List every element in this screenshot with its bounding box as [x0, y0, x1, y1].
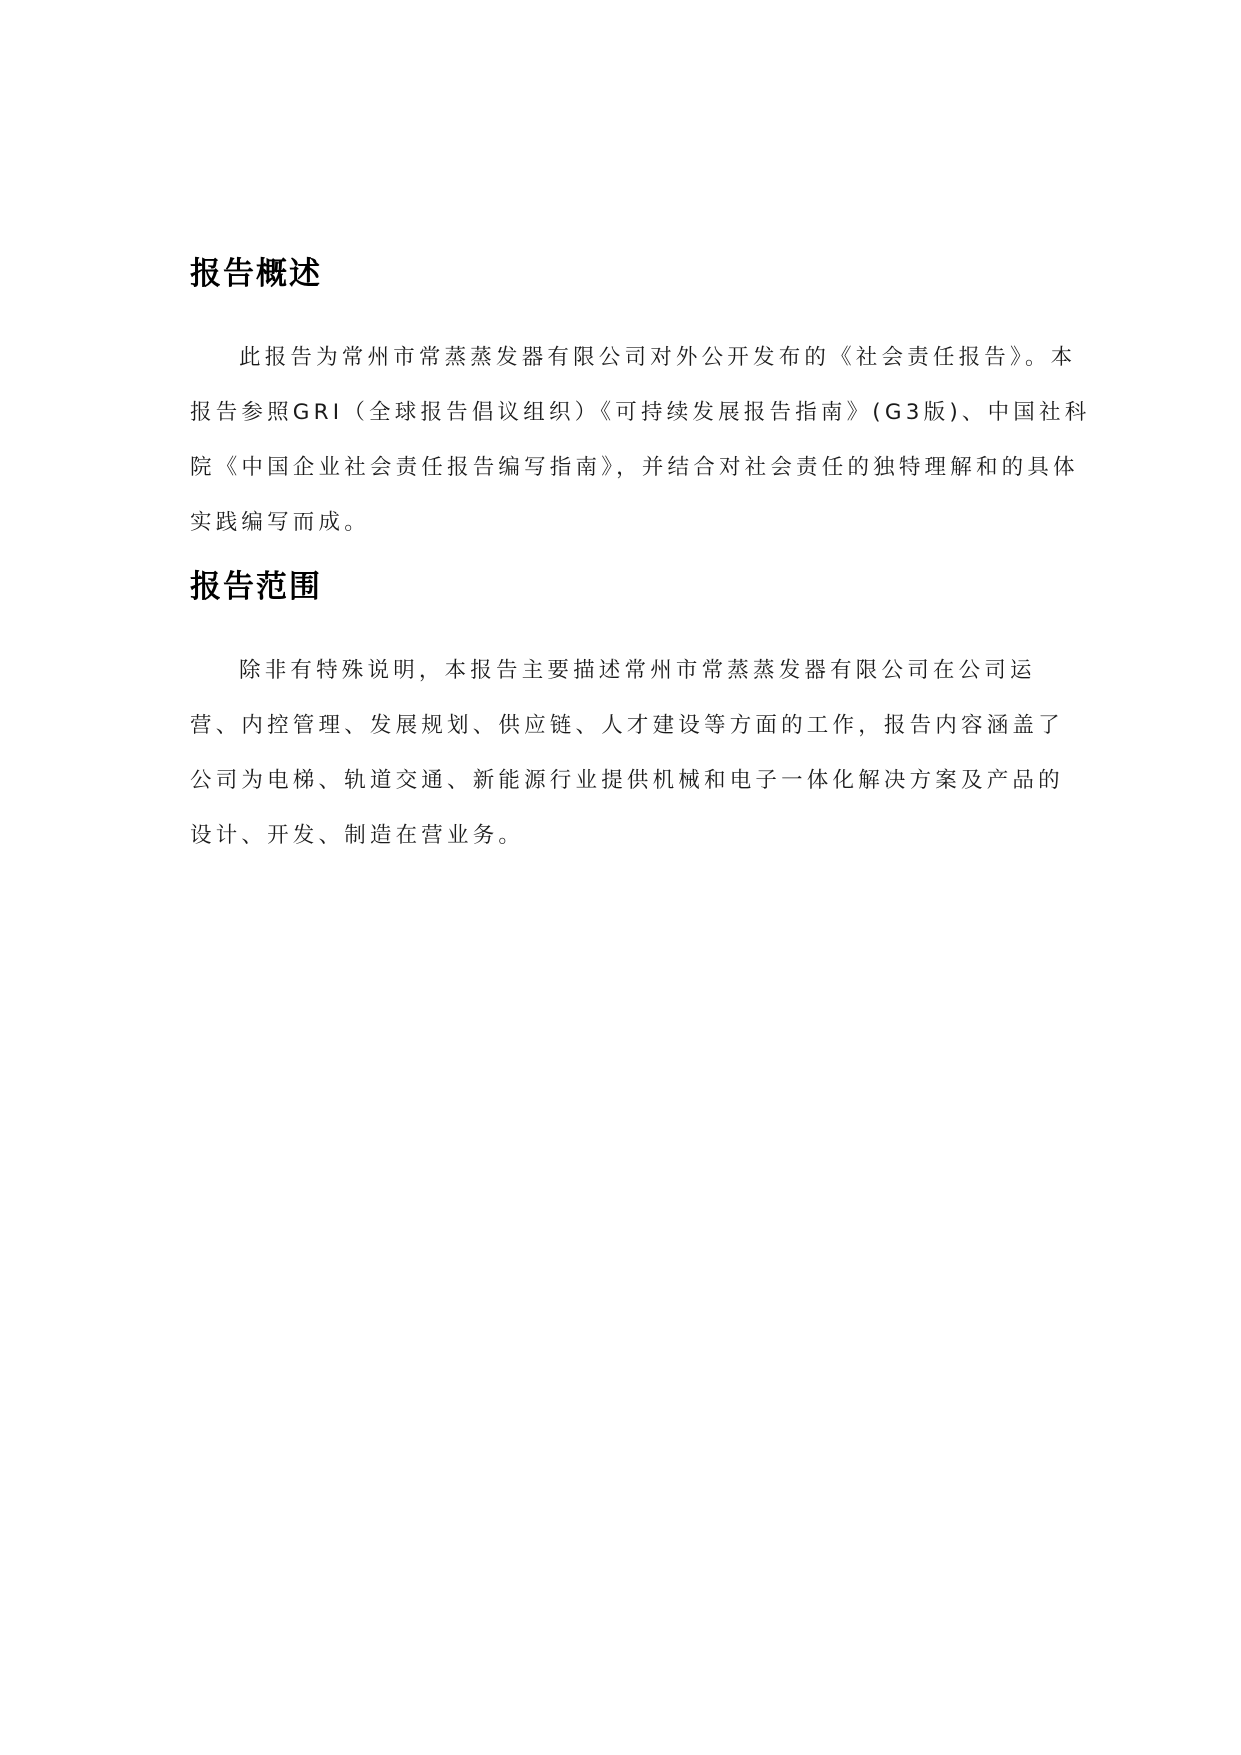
section-heading: 报告概述: [190, 252, 1050, 296]
section-report-scope: 报告范围 除非有特殊说明，本报告主要描述常州市常蒸蒸发器有限公司在公司运 营、内…: [190, 565, 1050, 863]
paragraph-line: 此报告为常州市常蒸蒸发器有限公司对外公开发布的《社会责任报告》。本: [190, 330, 1050, 385]
paragraph-line: 实践编写而成。: [190, 495, 1050, 550]
document-page: 报告概述 此报告为常州市常蒸蒸发器有限公司对外公开发布的《社会责任报告》。本 报…: [0, 0, 1241, 1755]
paragraph-line: 营、内控管理、发展规划、供应链、人才建设等方面的工作，报告内容涵盖了: [190, 698, 1050, 753]
paragraph-line: 报告参照GRI（全球报告倡议组织）《可持续发展报告指南》(G3版)、中国社科: [190, 385, 1050, 440]
paragraph-line: 公司为电梯、轨道交通、新能源行业提供机械和电子一体化解决方案及产品的: [190, 753, 1050, 808]
section-report-overview: 报告概述 此报告为常州市常蒸蒸发器有限公司对外公开发布的《社会责任报告》。本 报…: [190, 252, 1050, 550]
section-heading: 报告范围: [190, 565, 1050, 609]
section-paragraph: 除非有特殊说明，本报告主要描述常州市常蒸蒸发器有限公司在公司运 营、内控管理、发…: [190, 643, 1050, 863]
paragraph-line: 设计、开发、制造在营业务。: [190, 808, 1050, 863]
paragraph-line: 院《中国企业社会责任报告编写指南》，并结合对社会责任的独特理解和的具体: [190, 440, 1050, 495]
paragraph-line: 除非有特殊说明，本报告主要描述常州市常蒸蒸发器有限公司在公司运: [190, 643, 1050, 698]
section-paragraph: 此报告为常州市常蒸蒸发器有限公司对外公开发布的《社会责任报告》。本 报告参照GR…: [190, 330, 1050, 550]
